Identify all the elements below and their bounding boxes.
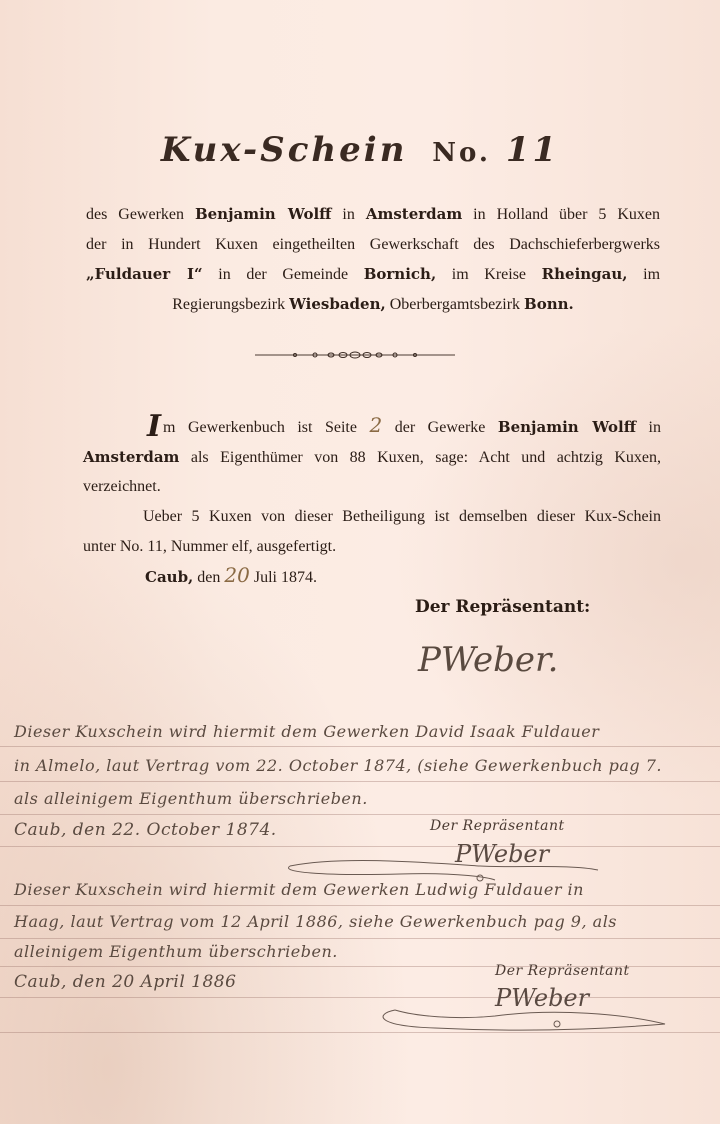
place: Caub, (145, 568, 193, 586)
number-label: No. (432, 138, 491, 168)
ruled-line (0, 746, 720, 747)
header-line-2: der in Hundert Kuxen eingetheilten Gewer… (86, 231, 660, 258)
document-title: Kux-Schein No. 11 (0, 130, 720, 170)
transfer-2-line-3: alleinigem Eigenthum überschrieben. (14, 942, 338, 961)
signature-flourish-icon (375, 1000, 675, 1040)
title-text: Kux-Schein (161, 130, 408, 170)
ruled-line (0, 846, 720, 847)
place-date: Caub, den 20 Juli 1874. (145, 562, 317, 591)
transfer-2-line-2: Haag, laut Vertrag vom 12 April 1886, si… (14, 912, 617, 931)
handwritten-day: 20 (224, 563, 249, 587)
owner-city: Amsterdam (83, 448, 179, 466)
header-paragraph: des Gewerken Benjamin Wolff in Amsterdam… (86, 201, 660, 318)
transfer-2-place-date: Caub, den 20 April 1886 (14, 972, 236, 992)
transfer-2-rep-label: Der Repräsentant (495, 963, 630, 979)
ruled-line (0, 814, 720, 815)
ruled-line (0, 781, 720, 782)
transfer-1-place-date: Caub, den 22. October 1874. (14, 820, 277, 840)
transfer-1-line-2: in Almelo, laut Vertrag vom 22. October … (14, 756, 662, 775)
representative-label: Der Repräsentant: (415, 597, 590, 617)
drop-cap: I (147, 409, 161, 444)
body-paragraph: Im Gewerkenbuch ist Seite 2 der Gewerke … (83, 412, 661, 560)
representative-signature: PWeber. (418, 640, 558, 680)
certificate-number: 11 (506, 130, 559, 170)
owner-name: Benjamin Wolff (498, 418, 636, 436)
header-line-1: des Gewerken Benjamin Wolff in Amsterdam… (86, 201, 660, 228)
ornamental-divider-icon (255, 351, 455, 359)
ruled-line (0, 938, 720, 939)
transfer-1-rep-label: Der Repräsentant (430, 818, 565, 834)
transfer-1-line-1: Dieser Kuxschein wird hiermit dem Gewerk… (14, 722, 599, 741)
transfer-1-line-3: als alleinigem Eigenthum überschrieben. (14, 789, 368, 808)
header-line-3: „Fuldauer I“ in der Gemeinde Bornich, im… (86, 261, 660, 288)
body-line-1: Im Gewerkenbuch ist Seite 2 der Gewerke … (83, 412, 661, 441)
body-line-5: unter No. 11, Nummer elf, ausgefertigt. (83, 533, 661, 560)
transfer-2-line-1: Dieser Kuxschein wird hiermit dem Gewerk… (14, 880, 584, 899)
body-line-2: Amsterdam als Eigenthümer von 88 Kuxen, … (83, 444, 661, 471)
header-line-4: Regierungsbezirk Wiesbaden, Oberbergamts… (86, 291, 660, 318)
body-line-3: verzeichnet. (83, 473, 661, 500)
handwritten-page-number: 2 (369, 413, 382, 437)
body-line-4: Ueber 5 Kuxen von dieser Betheiligung is… (83, 503, 661, 530)
ruled-line (0, 997, 720, 998)
ruled-line (0, 905, 720, 906)
